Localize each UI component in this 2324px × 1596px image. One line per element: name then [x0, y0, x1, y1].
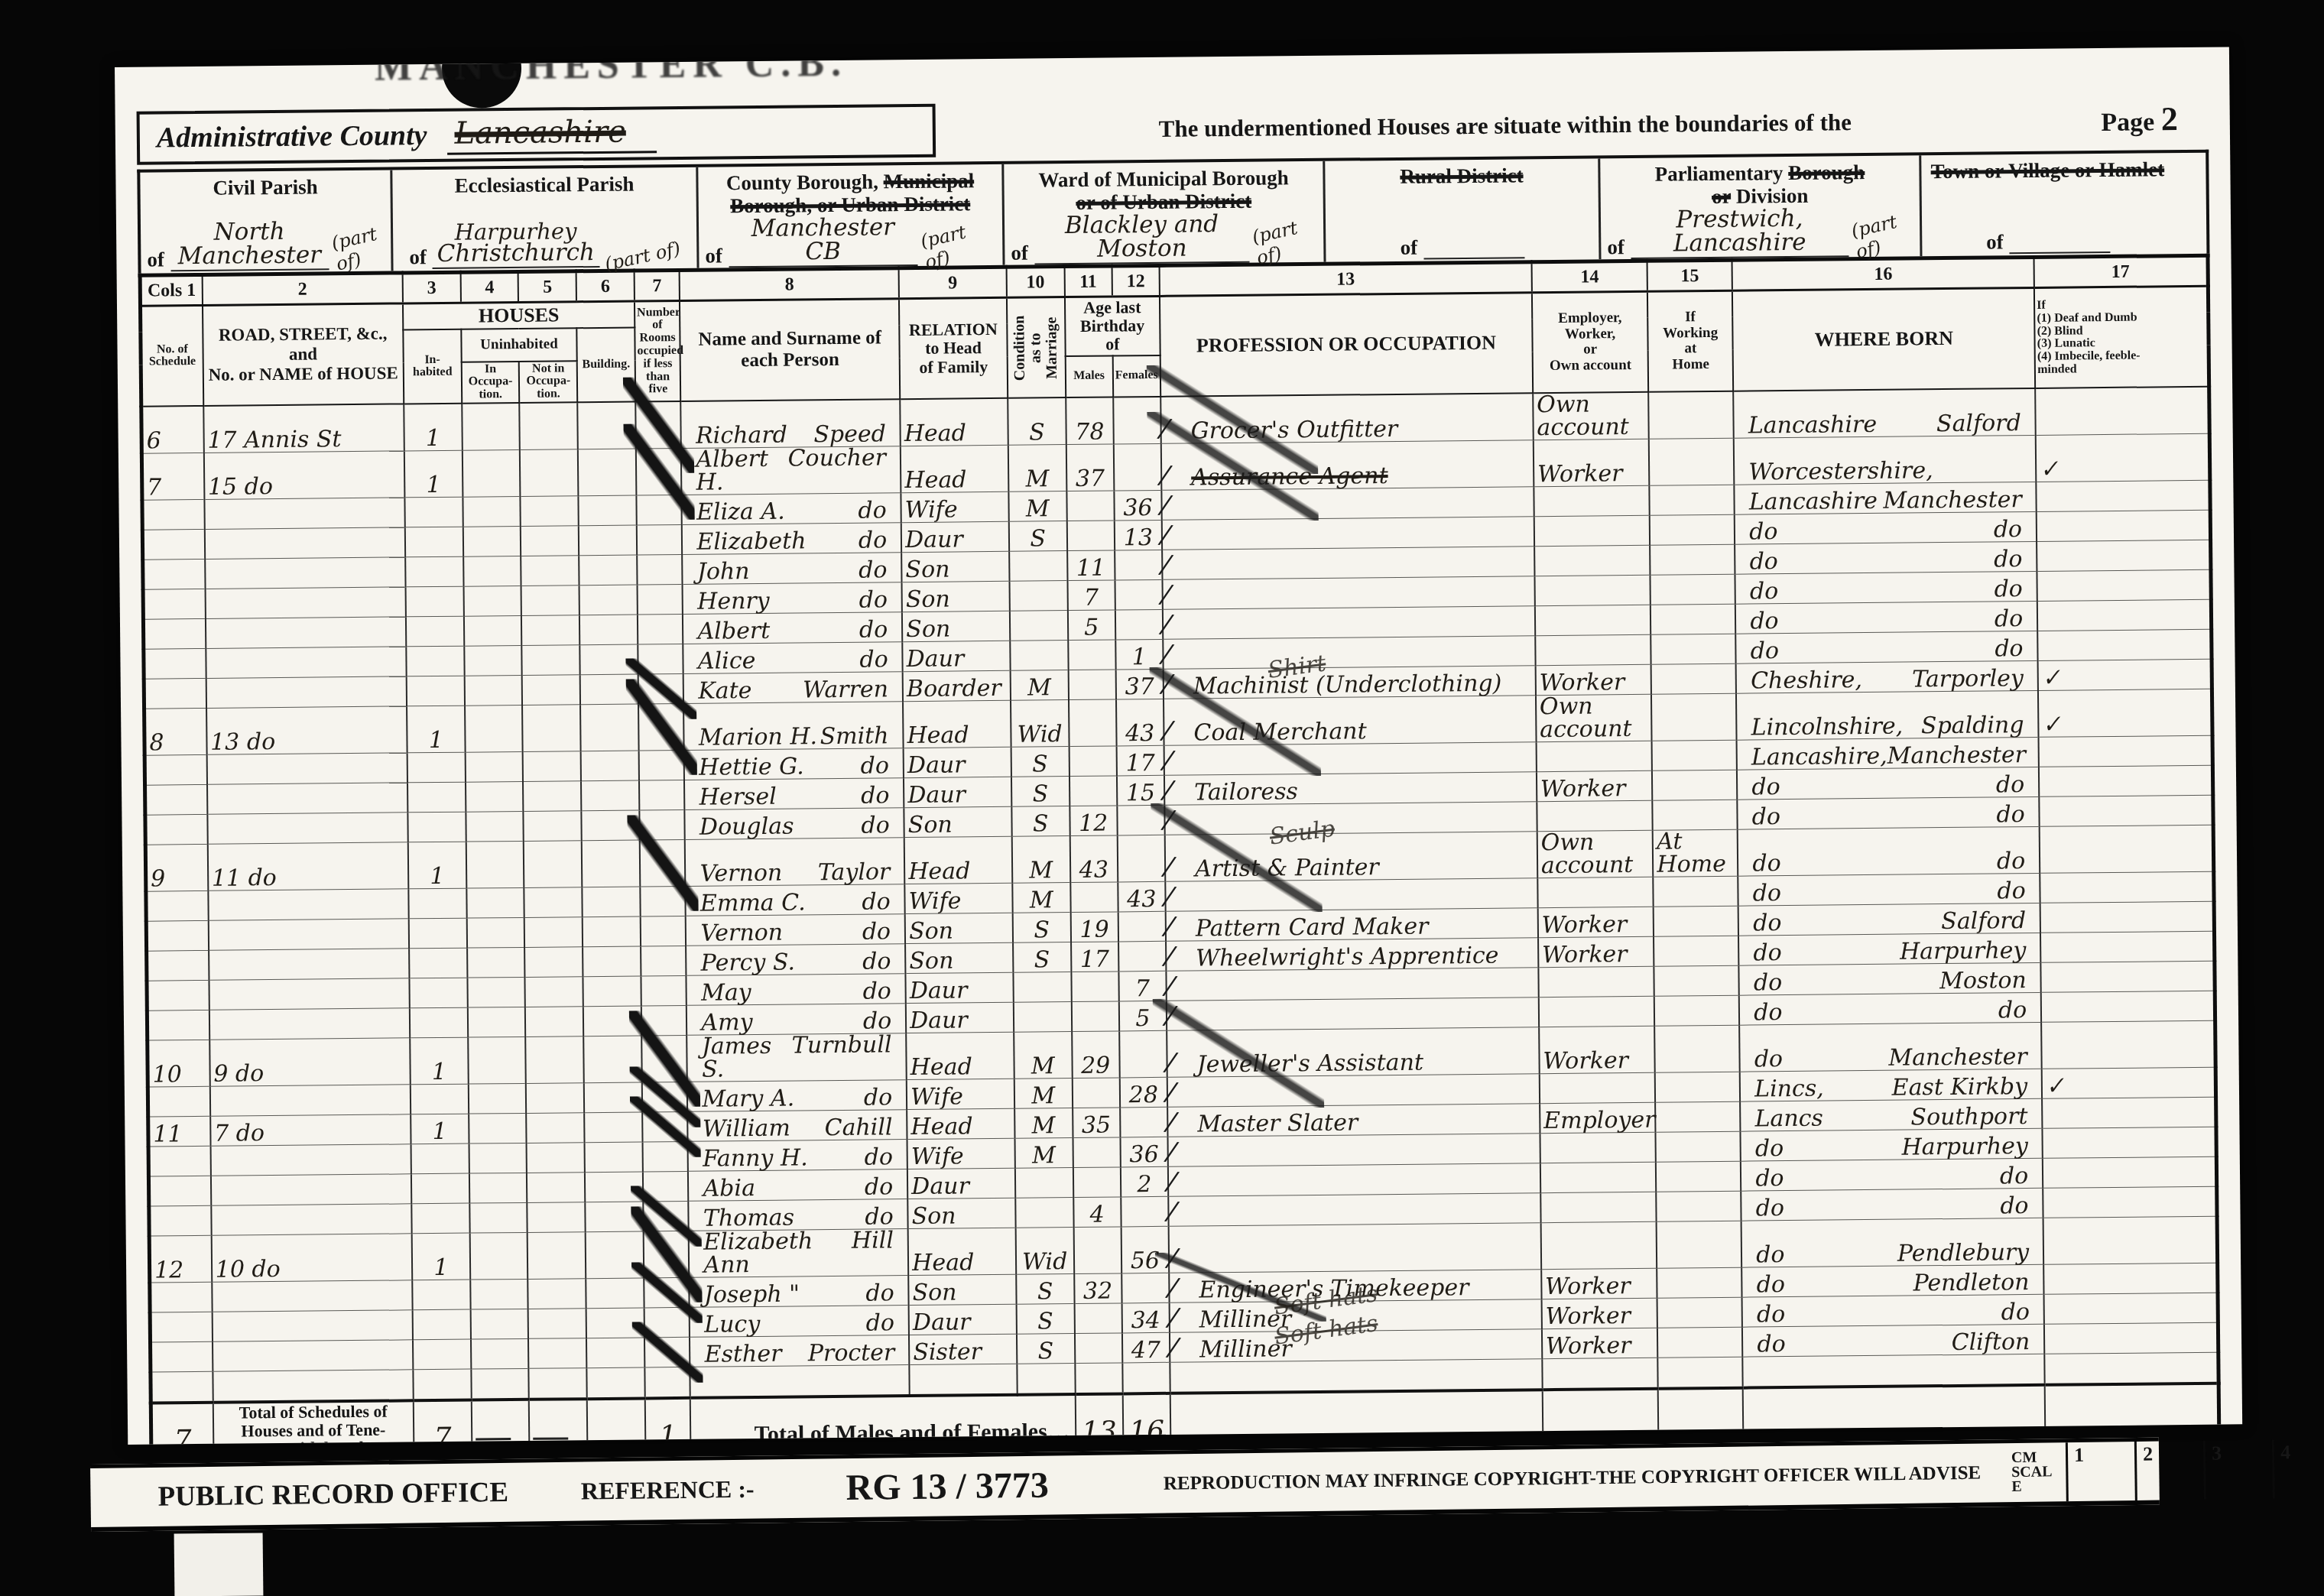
inhabited-mark: [411, 1143, 469, 1174]
schedule-number: 7: [141, 453, 204, 500]
where-born: Cheshire,Tarporley: [1736, 660, 2038, 693]
relation-to-head: Daur: [909, 1304, 1017, 1335]
person-name: Alicedo: [683, 642, 903, 674]
age-male: 11: [1067, 550, 1115, 581]
totals-males-label: Total of Males and of Females…: [690, 1394, 1076, 1445]
person-name: Johndo: [683, 553, 902, 585]
colnum-16: 16: [1732, 257, 2034, 290]
inhabited-mark: [408, 888, 466, 919]
totals-blank-4: [1743, 1385, 2046, 1445]
colnum-13: 13: [1160, 262, 1532, 297]
occupation-text: Wheelwright's Apprentice: [1196, 942, 1499, 972]
surname: do: [864, 1086, 893, 1109]
rooms-mark: [642, 1111, 688, 1142]
address: [206, 647, 407, 679]
infirmity-mark: [2037, 629, 2212, 660]
age-male: [1068, 670, 1116, 700]
employer-status: [1540, 1132, 1656, 1163]
pen-tick: ∕: [1164, 972, 1176, 999]
person-name: Emma C.do: [686, 884, 905, 916]
schedule-number: 11: [148, 1116, 211, 1147]
age-female: 36: [1114, 490, 1162, 521]
age-male: 19: [1070, 912, 1118, 942]
schedule-number: [147, 980, 209, 1010]
uninhabited-in-occupation: [467, 977, 525, 1007]
person-name: Fanny H.do: [688, 1140, 907, 1172]
district-handwritten-value: North Manchester: [170, 219, 329, 271]
uninhabited-in-occupation: [468, 1036, 526, 1084]
relation-to-head: Head: [901, 445, 1008, 492]
schedule-number: [147, 1010, 209, 1040]
building-mark: [583, 946, 641, 977]
rooms-mark: [640, 886, 686, 916]
working-at-home: [1650, 574, 1735, 605]
person-name: Douglasdo: [685, 808, 904, 840]
born-place: do: [2001, 1301, 2030, 1324]
occupation: ∕: [1168, 1193, 1540, 1227]
rooms-mark: [636, 495, 682, 525]
rooms-mark: [638, 614, 683, 644]
address: [211, 1174, 412, 1206]
header-relation: RELATION to Head of Family: [899, 297, 1008, 399]
age-female: [1121, 1196, 1169, 1227]
age-female: [1118, 911, 1166, 942]
uninhabited-not-in-occupation: [528, 1338, 586, 1369]
person-name: Joseph "do: [690, 1276, 909, 1308]
rooms-mark: [644, 1231, 690, 1278]
totals-label: Total of Schedules of Houses and of Tene…: [213, 1400, 414, 1445]
inhabited-mark: [404, 497, 463, 527]
inhabited-mark: [411, 1173, 469, 1204]
relation-to-head: Head: [904, 836, 1012, 884]
schedule-number: 10: [148, 1040, 210, 1087]
schedule-number: [146, 890, 209, 921]
where-born: dodo: [1735, 601, 2037, 634]
uninhabited-not-in-occupation: [524, 917, 583, 948]
age-female: 7: [1118, 971, 1167, 1001]
relation-to-head: Head: [903, 700, 1011, 748]
address: [207, 783, 408, 815]
born-county: do: [1753, 912, 1782, 935]
occupation: [1170, 1359, 1542, 1393]
inhabited-mark: [407, 752, 466, 783]
person-name: KateWarren: [683, 672, 903, 704]
inhabited-mark: [409, 948, 467, 978]
born-place: Tarporley: [1912, 667, 2024, 691]
ruler-mark: 3: [2203, 1440, 2273, 1500]
where-born: dodo: [1738, 796, 2040, 829]
district-box: County Borough, Municipal Borough, or Ur…: [698, 164, 1005, 268]
born-place: do: [1994, 578, 2023, 601]
manchester-stamp: MANCHESTER C.B.: [375, 47, 848, 89]
rooms-mark: [642, 1082, 688, 1112]
inhabited-mark: 1: [408, 842, 466, 889]
uninhabited-not-in-occupation: [522, 645, 580, 676]
address: [206, 617, 407, 649]
marital-condition: S: [1013, 942, 1071, 973]
age-female: [1122, 1362, 1170, 1393]
age-female: 5: [1119, 1001, 1167, 1031]
building-mark: [583, 916, 641, 947]
occupation: ∕Tailoress: [1164, 772, 1537, 806]
address: [211, 1204, 412, 1236]
occupation: ∕Pattern Card Maker: [1166, 908, 1538, 942]
schedule-number: [151, 1341, 213, 1372]
infirmity-mark: [2043, 1263, 2218, 1294]
rooms-mark: [642, 1141, 688, 1172]
pen-tick: ∕: [1158, 415, 1170, 442]
working-at-home: [1654, 995, 1739, 1026]
district-handwritten-value: Blackley and Moston: [1034, 212, 1250, 265]
born-county: Lancashire: [1749, 490, 1878, 514]
surname: Warren: [803, 678, 888, 702]
given-name: Douglas: [699, 815, 794, 839]
marital-condition: [1010, 641, 1068, 671]
district-box: Rural District of: [1325, 158, 1601, 261]
schedule-number: 6: [141, 406, 204, 453]
administrative-county-value: Lancashire: [446, 114, 657, 155]
relation-to-head: Daur: [906, 1002, 1014, 1033]
age-male: 4: [1073, 1197, 1121, 1228]
rooms-mark: [639, 809, 685, 840]
relation-to-head: Wife: [907, 1079, 1014, 1109]
age-female: 13: [1115, 520, 1163, 550]
employer-status: [1534, 575, 1650, 605]
person-name: Herseldo: [684, 778, 904, 810]
pen-tick: ∕: [1166, 1168, 1178, 1195]
where-born: Lincs,East Kirkby: [1740, 1069, 2042, 1101]
colnum-15: 15: [1647, 260, 1732, 291]
building-mark: [586, 1278, 644, 1309]
pen-tick: ∕: [1161, 717, 1173, 744]
person-name: Abiado: [688, 1169, 907, 1202]
person-name: Albertdo: [683, 612, 902, 644]
surname: do: [859, 589, 888, 611]
employer-status: [1542, 1358, 1658, 1390]
age-female: 43: [1116, 699, 1164, 746]
uninhabited-in-occupation: [463, 449, 521, 497]
surname: do: [865, 1176, 894, 1199]
totals-blank-2: [1543, 1389, 1659, 1445]
building-mark: [583, 1036, 641, 1083]
address: 17 Annis St: [203, 404, 404, 453]
pen-tick: ∕: [1167, 1274, 1179, 1301]
born-county: do: [1754, 972, 1783, 994]
surname: Hill: [852, 1229, 894, 1276]
working-at-home: [1657, 1267, 1742, 1298]
address: [209, 1008, 410, 1040]
age-female: [1115, 579, 1163, 610]
employer-status: Worker: [1534, 439, 1650, 486]
district-part-of-note: (part of): [918, 216, 1000, 274]
working-at-home: [1652, 770, 1737, 800]
occupation: ∕: [1165, 878, 1537, 912]
building-mark: [580, 644, 638, 675]
header-houses: HOUSES: [403, 301, 635, 329]
rooms-mark: [639, 780, 685, 810]
occupation: ∕Wheelwright's Apprentice: [1166, 938, 1538, 972]
inhabited-mark: 1: [404, 404, 462, 451]
employer-status: [1535, 605, 1651, 635]
infirmity-mark: [2044, 1293, 2219, 1324]
uninhabited-not-in-occupation: [522, 675, 580, 706]
uninhabited-in-occupation: [470, 1309, 528, 1339]
marital-condition: S: [1009, 521, 1067, 552]
district-of-label: of: [1011, 242, 1028, 265]
pen-tick: ∕: [1162, 806, 1174, 833]
surname: do: [859, 559, 888, 582]
employer-status: [1540, 1221, 1657, 1269]
working-at-home: [1649, 391, 1734, 440]
schedule-number: [151, 1371, 213, 1403]
district-title: Ward of Municipal Borough or of Urban Di…: [1038, 166, 1289, 215]
uninhabited-not-in-occupation: [521, 496, 579, 527]
born-place: do: [1996, 774, 2025, 796]
pen-tick: ∕: [1167, 1304, 1180, 1331]
header-condition: Condition as to Marriage: [1007, 297, 1066, 398]
age-male: 32: [1074, 1273, 1122, 1304]
infirmity-mark: [2040, 871, 2214, 903]
inhabited-mark: 1: [410, 1037, 468, 1085]
employer-status: [1535, 634, 1651, 665]
building-mark: [586, 1338, 644, 1368]
born-county: do: [1751, 640, 1780, 663]
schedule-number: [143, 559, 206, 589]
marital-condition: [1009, 551, 1067, 582]
where-born: doPendlebury: [1741, 1218, 2044, 1267]
address: [209, 949, 410, 981]
working-at-home: At Home: [1653, 829, 1738, 877]
colnum-2: 2: [202, 273, 403, 306]
occupation: ∕: [1162, 517, 1534, 550]
working-at-home: [1654, 1025, 1739, 1072]
address: [209, 978, 410, 1010]
building-mark: [586, 1231, 644, 1279]
building-mark: [584, 1082, 642, 1113]
given-name: Fanny H.: [703, 1147, 808, 1170]
address: 7 do: [210, 1114, 411, 1147]
pen-tick: ∕: [1161, 670, 1173, 697]
infirmity-mark: ✓: [2038, 659, 2212, 690]
address: [213, 1370, 414, 1403]
infirmity-mark: ✓: [2036, 433, 2210, 482]
given-name: James S.: [702, 1035, 793, 1082]
district-value: of HarpurheyChristchurch (part of): [399, 220, 691, 270]
born-county: do: [1756, 1244, 1785, 1267]
rooms-mark: [644, 1367, 690, 1398]
pen-tick: ∕: [1159, 462, 1171, 488]
district-of-label: of: [1986, 230, 2004, 254]
district-part-of-note: (part of): [329, 222, 389, 274]
surname: do: [862, 890, 891, 913]
footer-office: PUBLIC RECORD OFFICE: [157, 1476, 508, 1513]
inhabited-mark: [412, 1280, 470, 1310]
photo-notch: [174, 1533, 264, 1596]
marital-condition: [1015, 1167, 1073, 1198]
district-title: County Borough, Municipal Borough, or Ur…: [726, 169, 975, 218]
given-name: Joseph ": [704, 1283, 800, 1306]
pen-tick: ∕: [1165, 1079, 1177, 1105]
surname: do: [859, 648, 888, 671]
born-county: Cheshire,: [1751, 669, 1862, 693]
pen-tick: ∕: [1164, 1049, 1177, 1075]
address: [208, 919, 409, 951]
where-born: dodo: [1735, 631, 2037, 663]
header-profession: PROFESSION OR OCCUPATION: [1160, 293, 1533, 397]
marital-condition: [1015, 1197, 1073, 1228]
working-at-home: [1656, 1131, 1741, 1162]
age-male: [1069, 699, 1117, 747]
age-male: [1070, 882, 1118, 913]
inhabited-mark: [409, 918, 467, 949]
age-male: 29: [1072, 1031, 1120, 1079]
employer-status: Own account: [1536, 694, 1652, 741]
totals-rooms: 1: [645, 1398, 691, 1445]
working-at-home: [1650, 514, 1735, 545]
infirmity-mark: [2041, 991, 2215, 1022]
working-at-home: [1657, 1327, 1742, 1358]
inhabited-mark: [413, 1369, 471, 1400]
age-female: 15: [1117, 775, 1165, 806]
uninhabited-in-occupation: [463, 586, 521, 616]
district-part-of-note: (part of): [1849, 208, 1917, 263]
uninhabited-in-occupation: [466, 781, 524, 812]
pen-tick: ∕: [1167, 1244, 1179, 1271]
uninhabited-not-in-occupation: [521, 526, 579, 556]
building-mark: [585, 1172, 643, 1202]
born-county: do: [1756, 1197, 1785, 1220]
relation-to-head: Son: [902, 611, 1010, 641]
district-value: of: [1928, 229, 2168, 255]
occupation: ∕: [1164, 802, 1537, 835]
schedule-number: [143, 589, 206, 619]
header-rooms: Number of Rooms occupied if less than fi…: [635, 300, 681, 401]
totals-females: 16: [1122, 1393, 1170, 1445]
page-label: Page: [2101, 108, 2154, 137]
pen-tick: ∕: [1165, 1108, 1177, 1135]
district-value: of Prestwich, Lancashire (part of): [1607, 206, 1914, 260]
uninhabited-in-occupation: [469, 1173, 527, 1203]
person-name: EstherProcter: [690, 1335, 909, 1367]
where-born: dodo: [1735, 511, 2037, 544]
surname: do: [861, 754, 890, 777]
uninhabited-not-in-occupation: [525, 977, 583, 1007]
occupation: ∕Master Slater: [1167, 1104, 1540, 1137]
uninhabited-in-occupation: [462, 403, 520, 450]
relation-to-head: Head: [906, 1032, 1014, 1079]
schedule-number: [150, 1282, 213, 1312]
building-mark: [581, 751, 639, 781]
where-born: LancsSouthport: [1740, 1098, 2042, 1131]
given-name: Elizabeth Ann: [703, 1230, 852, 1277]
where-born: doMoston: [1739, 962, 2041, 995]
occupation: ∕MillinerSoft hats: [1170, 1329, 1542, 1363]
footer-scale-label: CM SCAL E: [2011, 1450, 2053, 1494]
address: [208, 889, 409, 921]
given-name: Abia: [703, 1177, 755, 1201]
where-born: LancashireSalford: [1733, 388, 2036, 438]
age-female: 1: [1115, 639, 1164, 670]
where-born: dodo: [1741, 1158, 2043, 1191]
age-male: [1071, 972, 1119, 1002]
relation-to-head: Son: [905, 942, 1013, 973]
relation-to-head: Daur: [906, 972, 1014, 1003]
person-name: [690, 1365, 910, 1398]
totals-in-occupation: [472, 1400, 531, 1445]
age-male: [1074, 1303, 1122, 1334]
rooms-mark: [641, 1035, 687, 1082]
schedule-number: [148, 1176, 211, 1206]
building-mark: [580, 704, 638, 751]
uninhabited-not-in-occupation: [525, 947, 583, 978]
given-name: Alice: [698, 650, 756, 673]
person-name: Eliza A.do: [682, 493, 901, 525]
ruler-mark: 2: [2134, 1441, 2204, 1500]
inhabited-mark: [407, 782, 466, 813]
infirmity-mark: [2039, 735, 2213, 767]
address: [212, 1280, 413, 1312]
uninhabited-in-occupation: [471, 1368, 529, 1400]
age-male: [1066, 521, 1115, 551]
surname: do: [865, 1282, 894, 1305]
pen-tick: ∕: [1159, 491, 1171, 518]
marital-condition: M: [1012, 883, 1070, 913]
working-at-home: [1657, 1221, 1741, 1268]
age-male: 43: [1069, 835, 1118, 883]
employer-status: [1536, 741, 1652, 771]
given-name: Amy: [701, 1011, 752, 1035]
infirmity-mark: [2039, 795, 2213, 826]
marital-condition: S: [1011, 747, 1069, 777]
pen-tick: ∕: [1164, 913, 1176, 939]
inhabited-mark: [405, 556, 463, 587]
pen-tick: ∕: [1160, 581, 1172, 608]
occupation-text: Pattern Card Maker: [1196, 913, 1429, 942]
building-mark: [579, 585, 638, 615]
district-title: Ecclesiastical Parish: [455, 172, 635, 196]
age-male: 37: [1066, 444, 1114, 491]
colnum-17: 17: [2034, 255, 2209, 287]
totals-blank-5: [2045, 1384, 2219, 1445]
occupation: ∕: [1167, 997, 1539, 1031]
given-name: Thomas: [703, 1206, 794, 1230]
surname: do: [862, 950, 891, 973]
where-born: doHarpurhey: [1741, 1128, 2043, 1161]
age-male: 35: [1073, 1108, 1121, 1138]
header-road: ROAD, STREET, &c., and No. or NAME of HO…: [203, 303, 404, 406]
occupation: ∕: [1168, 1163, 1540, 1197]
uninhabited-in-occupation: [465, 751, 523, 782]
rooms-mark: [637, 554, 683, 585]
where-born: Worcestershire,: [1734, 435, 2037, 485]
pro-footer-strip: PUBLIC RECORD OFFICE REFERENCE :- RG 13 …: [90, 1438, 2160, 1532]
inhabited-mark: 1: [412, 1233, 470, 1280]
colnum-7: 7: [635, 270, 680, 301]
uninhabited-in-occupation: [470, 1279, 528, 1309]
uninhabited-in-occupation: [466, 887, 524, 918]
employer-status: [1537, 800, 1653, 831]
born-county: Lincolnshire,: [1751, 715, 1903, 740]
where-born: doClifton: [1742, 1324, 2044, 1357]
uninhabited-not-in-occupation: [520, 449, 578, 497]
relation-to-head: Wife: [907, 1138, 1015, 1169]
building-mark: [579, 555, 637, 586]
infirmity-mark: [2043, 1156, 2217, 1188]
relation-to-head: Son: [907, 1198, 1015, 1228]
header-uninhabited: Uninhabited: [461, 328, 577, 362]
age-male: 78: [1066, 397, 1114, 444]
where-born: dodo: [1737, 767, 2039, 800]
